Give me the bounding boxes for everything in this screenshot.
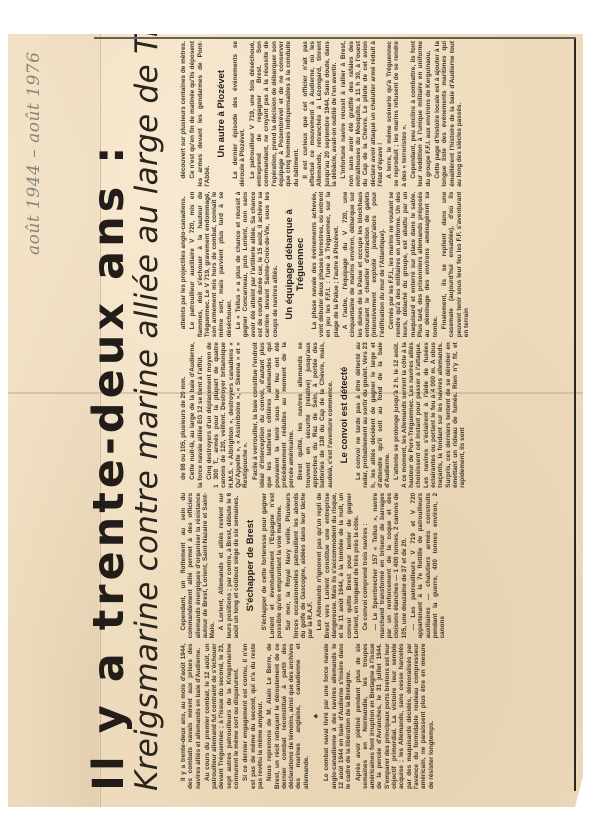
- newspaper-clipping: août 1944 – août 1976 Il y a trente-deux…: [8, 34, 583, 807]
- paragraph: Ce n'est qu'en fin de matinée qu'ils dép…: [189, 41, 211, 187]
- paragraph: Ce convoi comprend trois navires :: [362, 493, 369, 639]
- paragraph: L'attente se prolonge jusqu'à 2 h. le 12…: [393, 342, 466, 488]
- paragraph: Finalement, ils se replient dans une cas…: [441, 192, 470, 338]
- frame-rule-right: [574, 39, 576, 791]
- paragraph: — Le Sperrbrecher 157 « Tellus », navire…: [372, 493, 408, 639]
- article-column-3: de 88 ou 105, plusieurs de 20 mm.Cette n…: [180, 342, 572, 488]
- article-columns: Il y a trente-deux ans, au mois d'août 1…: [180, 41, 572, 789]
- paragraph: Les Allemands n'ignorent pas qu'un repli…: [316, 493, 360, 639]
- paragraph: Cependant, un flottement au sein du comm…: [180, 493, 216, 639]
- frame-rule-top: [94, 37, 576, 39]
- paragraph: Il est curieux que cet officier n'ait pa…: [302, 41, 338, 187]
- section-heading: Un autre à Plozévet: [216, 41, 227, 187]
- paragraph: A Lorient, Allemands et alliés restent s…: [218, 493, 240, 639]
- headline: Il y a trente-deux ans :: [88, 71, 131, 791]
- paragraph: atteints par les projectiles anglo-canad…: [180, 192, 187, 338]
- paragraph: Le « Tellus » a plus de chance et réussi…: [235, 192, 279, 338]
- paragraph: Le patrouilleur auxiliaire V 720, mis en…: [189, 192, 233, 338]
- subheadline: Kreigsmarine contre marine alliée au lar…: [132, 34, 163, 791]
- article-column-2: Cependant, un flottement au sein du comm…: [180, 493, 572, 639]
- article-column-5: découvert sur plusieurs centaines de mèt…: [180, 41, 572, 187]
- paragraph: Brest quitté, les navires allemands se t…: [297, 342, 333, 488]
- section-heading: Un équipage débarque à Tréguennec: [284, 192, 306, 338]
- section-heading: S'échapper de Brest: [245, 493, 256, 639]
- paragraph: A l'aube, l'équipage du V 720, une cinqu…: [342, 192, 386, 338]
- paragraph: Le dernier épisode des événements se dér…: [232, 41, 247, 187]
- article-column-1: Il y a trente-deux ans, au mois d'août 1…: [180, 643, 572, 789]
- paragraph: Cette page d'histoire locale est à ajout…: [434, 41, 463, 187]
- paragraph: Cette nuit-là, au large de la baie d'Aud…: [189, 342, 204, 488]
- paragraph: de 88 ou 105, plusieurs de 20 mm.: [180, 342, 187, 488]
- paragraph: La phase navale des événements achevée, …: [311, 192, 340, 338]
- section-heading: Le convoi est détecté: [339, 342, 350, 488]
- article-column-4: atteints par les projectiles anglo-canad…: [180, 192, 572, 338]
- article: août 1944 – août 1976 Il y a trente-deux…: [8, 34, 583, 807]
- paragraph: Au cours du premier combat, le 12 août, …: [204, 643, 240, 789]
- paragraph: Nous reprenons de M. Alain Le Berre, de …: [266, 643, 310, 789]
- section-separator: ♣: [313, 643, 320, 789]
- paragraph: Cependant, peu enclins à combattre, ils …: [410, 41, 432, 187]
- paragraph: Le combat naval livré par une force nava…: [323, 643, 352, 789]
- paragraph: — Les patrouilleurs V 719 et V 720 appar…: [410, 493, 446, 639]
- handwritten-note: août 1944 – août 1976: [24, 65, 44, 255]
- paragraph: L'infortuné navire réussit à rallier à B…: [340, 41, 384, 187]
- paragraph: Après avoir piétiné pendant plus de six …: [355, 643, 435, 789]
- paragraph: Sur mer, la Royal Navy veille. Plusieurs…: [285, 493, 314, 639]
- paragraph: Le convoi ne tarde pas à être détecté au…: [355, 342, 391, 488]
- paragraph: Il y a trente-deux ans, au mois d'août 1…: [180, 643, 202, 789]
- paragraph: S'échapper de cette forteresse pour gagn…: [261, 493, 283, 639]
- paragraph: Facile à verrouiller, la baie constitue …: [252, 342, 296, 488]
- paragraph: Si ce dernier engagement est connu, il n…: [242, 643, 264, 789]
- paragraph: A terre, le même scénario qu'à Tréguenne…: [386, 41, 408, 187]
- paragraph: Cinq destroyers d'un déplacement moyen d…: [206, 342, 250, 488]
- paragraph: découvert sur plusieurs centaines de mèt…: [180, 41, 187, 187]
- paragraph: Cernés par les F.F.I., les marins ne vou…: [388, 192, 439, 338]
- paragraph: Le patrouilleur V 719, une fois déséchou…: [249, 41, 300, 187]
